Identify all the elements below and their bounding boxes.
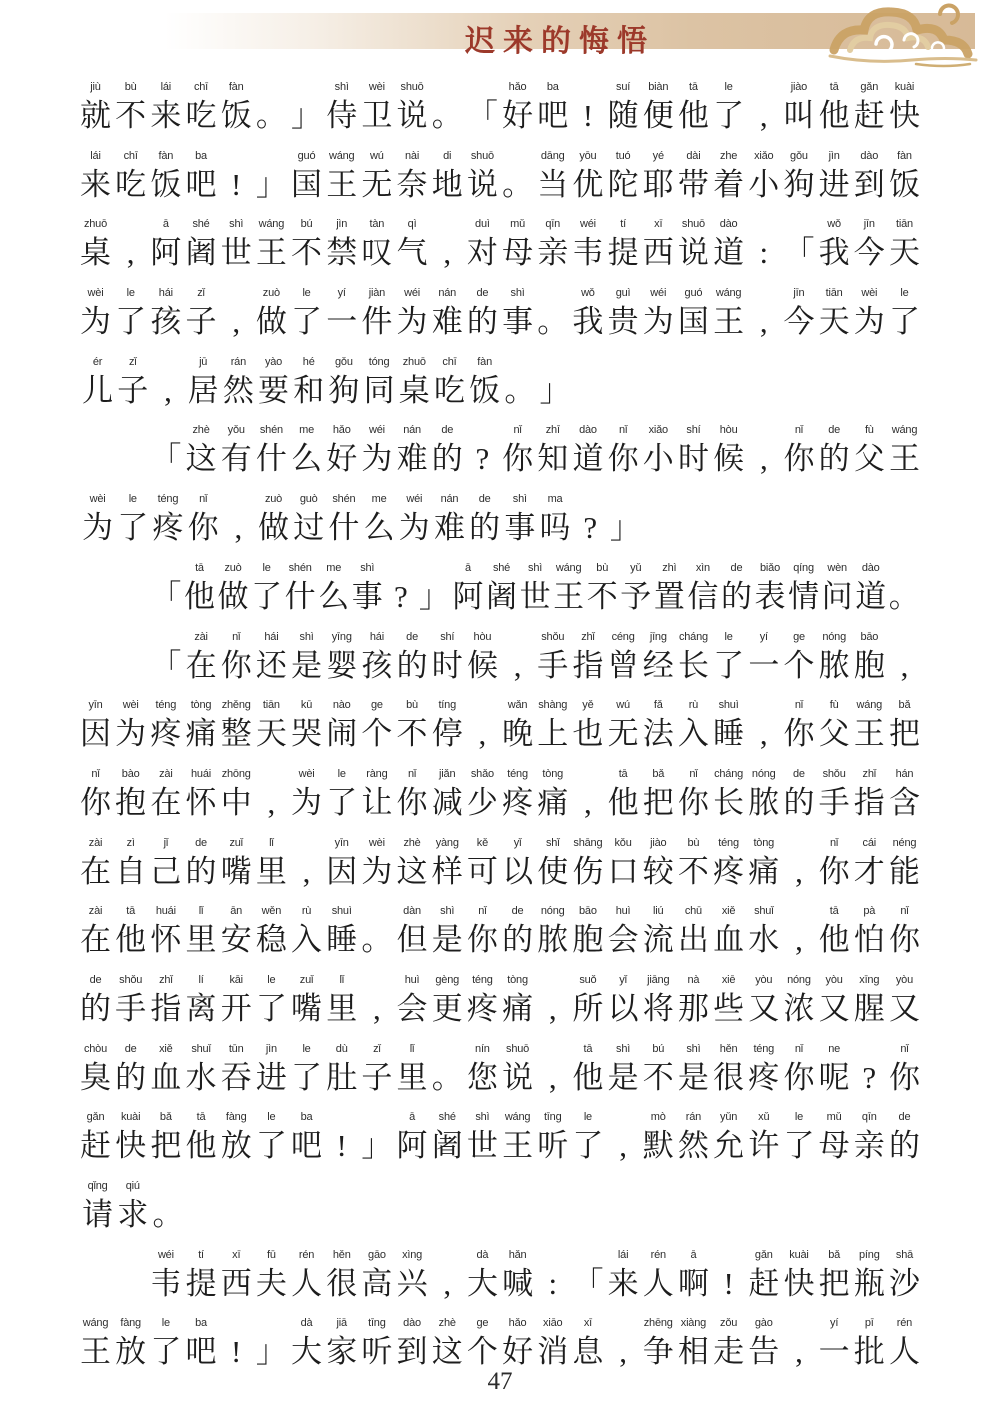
pinyin: shén <box>260 424 283 438</box>
ruby-cell: : <box>748 218 779 276</box>
hanzi: ! <box>231 164 241 208</box>
hanzi: 把 <box>150 1125 181 1169</box>
ruby-cell: nǐ你 <box>783 699 814 757</box>
ruby-cell: bú不 <box>643 1043 674 1101</box>
ruby-cell: qiú求 <box>115 1180 150 1238</box>
ruby-cell: píng瓶 <box>854 1249 885 1307</box>
ruby-cell: zuǐ嘴 <box>221 837 252 895</box>
ruby-cell: ā阿 <box>397 1111 428 1169</box>
pinyin: dào <box>579 424 597 438</box>
pinyin: biǎo <box>760 562 780 576</box>
ruby-cell: 」 <box>419 562 450 620</box>
ruby-cell: suǒ所 <box>572 974 603 1032</box>
ruby-cell: zuò做 <box>256 287 287 345</box>
ruby-cell: me么 <box>318 562 349 620</box>
ruby-cell: kě可 <box>467 837 498 895</box>
hanzi: 沙 <box>889 1263 920 1307</box>
ruby-cell: wéi为 <box>361 424 392 482</box>
ruby-cell: rén人 <box>643 1249 674 1307</box>
ruby-cell: , <box>467 699 498 757</box>
hanzi: 了 <box>291 1057 322 1101</box>
hanzi: 随 <box>608 95 639 139</box>
pinyin: nǐ <box>900 1043 908 1057</box>
ruby-cell: , <box>748 81 779 139</box>
ruby-cell: bù不 <box>397 699 428 757</box>
ruby-cell: le了 <box>115 493 150 551</box>
hanzi: 浓 <box>783 988 814 1032</box>
ruby-cell: shāng伤 <box>572 837 603 895</box>
ruby-cell: 」 <box>537 356 572 414</box>
ruby-cell: zhuō桌 <box>80 218 111 276</box>
hanzi: 怀 <box>150 919 181 963</box>
pinyin: tí <box>198 1249 204 1263</box>
ruby-cell: tiān天 <box>819 287 850 345</box>
ruby-cell: zài在 <box>80 905 111 963</box>
pinyin: rán <box>231 356 246 370</box>
hanzi: 指 <box>572 645 603 689</box>
hanzi: : <box>759 232 768 276</box>
ruby-cell: tóng同 <box>362 356 397 414</box>
hanzi: 时 <box>432 645 463 689</box>
pinyin: wú <box>616 699 630 713</box>
hanzi: 以 <box>502 851 533 895</box>
hanzi: 离 <box>186 988 217 1032</box>
text-line: zhuō桌,ā阿shé阇shì世wáng王bú不jìn禁tàn叹qì气,duì对… <box>80 213 920 282</box>
ruby-cell: qíng情 <box>788 562 819 620</box>
ruby-cell: zhēng争 <box>643 1317 674 1375</box>
hanzi: 的 <box>397 645 428 689</box>
ruby-cell: jiào叫 <box>783 81 814 139</box>
hanzi: 为 <box>399 507 430 551</box>
pinyin: hòu <box>474 631 492 645</box>
ruby-cell: tòng痛 <box>186 699 217 757</box>
pinyin: yí <box>760 631 768 645</box>
ruby-cell: hěn很 <box>713 1043 744 1101</box>
ruby-cell: hòu候 <box>713 424 744 482</box>
pinyin: bú <box>301 218 313 232</box>
ruby-cell: wéi为 <box>397 493 432 551</box>
pinyin: jiàn <box>369 287 385 301</box>
ruby-cell: tūn吞 <box>221 1043 252 1101</box>
hanzi: 天 <box>819 301 850 345</box>
pinyin: suǒ <box>579 974 596 988</box>
pinyin: shuì <box>719 699 739 713</box>
pinyin: tīng <box>544 1111 562 1125</box>
ruby-cell: xìn信 <box>687 562 718 620</box>
ruby-cell: le了 <box>150 1317 181 1375</box>
hanzi: 吃 <box>186 95 217 139</box>
hanzi: 里 <box>397 1057 428 1101</box>
ruby-cell: shǒu手 <box>537 631 568 689</box>
ruby-cell: de的 <box>889 1111 920 1169</box>
hanzi: , <box>443 1263 451 1307</box>
pinyin: hěn <box>720 1043 738 1057</box>
ruby-cell: shuō说 <box>397 81 428 139</box>
pinyin: nán <box>438 287 456 301</box>
pinyin: lǐ <box>339 974 344 988</box>
ruby-cell: jiàn件 <box>361 287 392 345</box>
hanzi: 王 <box>326 164 357 208</box>
ruby-cell: lǐ里 <box>397 1043 428 1101</box>
pinyin: wèi <box>299 768 315 782</box>
hanzi: ! <box>583 95 593 139</box>
ruby-cell: xiē些 <box>713 974 744 1032</box>
hanzi: 事 <box>352 576 383 620</box>
pinyin: qiú <box>126 1180 140 1194</box>
pinyin: rù <box>689 699 698 713</box>
hanzi: 请 <box>82 1194 113 1238</box>
hanzi: 。 <box>152 1194 183 1238</box>
pinyin: zhǐ <box>863 768 876 782</box>
hanzi: 口 <box>608 851 639 895</box>
ruby-cell: dào道 <box>572 424 603 482</box>
hanzi: 伤 <box>572 851 603 895</box>
ruby-cell: zhuō桌 <box>397 356 432 414</box>
hanzi: 疼 <box>748 1057 779 1101</box>
hanzi: 脓 <box>537 919 568 963</box>
hanzi: 了 <box>713 95 744 139</box>
ruby-cell: fū夫 <box>256 1249 287 1307</box>
ruby-cell: téng疼 <box>502 768 533 826</box>
pinyin: dà <box>477 1249 489 1263</box>
pinyin: rén <box>897 1317 912 1331</box>
ruby-cell: de的 <box>115 1043 146 1101</box>
ruby-cell: guó国 <box>678 287 709 345</box>
hanzi: 那 <box>678 988 709 1032</box>
ruby-cell: cái才 <box>854 837 885 895</box>
hanzi: 赶 <box>748 1263 779 1307</box>
pinyin: jiù <box>90 81 100 95</box>
hanzi: 。 <box>432 1057 463 1101</box>
pinyin: nǐ <box>795 424 803 438</box>
ruby-cell: liú流 <box>643 905 674 963</box>
pinyin: dài <box>686 150 700 164</box>
hanzi: 在 <box>186 645 217 689</box>
ruby-cell: lí离 <box>186 974 217 1032</box>
pinyin: bù <box>596 562 608 576</box>
hanzi: 但 <box>397 919 428 963</box>
hanzi: 不 <box>115 95 146 139</box>
pinyin: fū <box>267 1249 276 1263</box>
hanzi: 母 <box>819 1125 850 1169</box>
pinyin: zhōng <box>222 768 251 782</box>
pinyin: jīn <box>864 218 875 232</box>
ruby-cell: tiān天 <box>889 218 920 276</box>
hanzi: 孩 <box>150 301 181 345</box>
hanzi: 他 <box>572 1057 603 1101</box>
pinyin: pà <box>863 905 875 919</box>
ruby-cell: xī息 <box>572 1317 603 1375</box>
pinyin: le <box>129 493 137 507</box>
pinyin: de <box>731 562 743 576</box>
hanzi: 王 <box>889 438 920 482</box>
pinyin: nán <box>403 424 421 438</box>
pinyin: chī <box>442 356 456 370</box>
pinyin: shì <box>686 1043 700 1057</box>
hanzi: 以 <box>608 988 639 1032</box>
hanzi: , <box>760 713 768 757</box>
hanzi: 到 <box>854 164 885 208</box>
pinyin: shā <box>896 1249 913 1263</box>
pinyin: yé <box>653 150 664 164</box>
pinyin: bǎ <box>828 1249 840 1263</box>
ruby-cell: , <box>608 1111 639 1169</box>
hanzi: , <box>795 919 803 963</box>
hanzi: 今 <box>783 301 814 345</box>
ruby-cell: nǐ你 <box>186 493 221 551</box>
pinyin: bù <box>688 837 700 851</box>
pinyin: kě <box>477 837 488 851</box>
pinyin: fàn <box>477 356 492 370</box>
ruby-cell: zài在 <box>150 768 181 826</box>
ruby-cell: : <box>537 1249 568 1307</box>
ruby-cell: wáng王 <box>713 287 744 345</box>
pinyin: xìn <box>696 562 710 576</box>
hanzi: 瓶 <box>854 1263 885 1307</box>
ruby-cell: xiě血 <box>713 905 744 963</box>
hanzi: 嘴 <box>291 988 322 1032</box>
pinyin: tūn <box>229 1043 244 1057</box>
ruby-cell: , <box>432 218 463 276</box>
ruby-cell: nóng脓 <box>748 768 779 826</box>
ruby-cell: wáng王 <box>256 218 287 276</box>
hanzi: 国 <box>291 164 322 208</box>
pinyin: téng <box>158 493 179 507</box>
hanzi: 痛 <box>537 782 568 826</box>
pinyin: wèi <box>861 287 877 301</box>
pinyin: zuǐ <box>300 974 313 988</box>
ruby-cell: jīn今 <box>783 287 814 345</box>
ruby-cell: hǎo好 <box>502 1317 533 1375</box>
ruby-cell: de的 <box>819 424 850 482</box>
hanzi: 啊 <box>678 1263 709 1307</box>
ruby-cell: biàn便 <box>643 81 674 139</box>
ruby-cell: shí时 <box>432 631 463 689</box>
hanzi: 你 <box>783 713 814 757</box>
ruby-cell: shàng上 <box>537 699 568 757</box>
ruby-cell: ! <box>326 1111 357 1169</box>
pinyin: de <box>441 424 453 438</box>
pinyin: lǐ <box>410 1043 415 1057</box>
pinyin: biàn <box>648 81 668 95</box>
ruby-cell: 「 <box>572 1249 603 1307</box>
hanzi: ? <box>862 1057 876 1101</box>
pinyin: de <box>793 768 805 782</box>
ruby-cell: nài奈 <box>397 150 428 208</box>
hanzi: 无 <box>361 164 392 208</box>
ruby-cell: fù父 <box>819 699 850 757</box>
hanzi: 里 <box>186 919 217 963</box>
ruby-cell: néng能 <box>889 837 920 895</box>
ruby-cell: bāo胞 <box>572 905 603 963</box>
hanzi: 狗 <box>328 370 359 414</box>
ruby-cell: ā阿 <box>452 562 483 620</box>
ruby-cell: téng疼 <box>467 974 498 1032</box>
ruby-cell: gāo高 <box>361 1249 392 1307</box>
ruby-cell: huì会 <box>397 974 428 1032</box>
ruby-cell: fàn饭 <box>889 150 920 208</box>
ruby-cell: me么 <box>291 424 322 482</box>
pinyin: tí <box>620 218 626 232</box>
hanzi: 含 <box>889 782 920 826</box>
ruby-cell: yòu又 <box>748 974 779 1032</box>
ruby-cell: téng疼 <box>713 837 744 895</box>
hanzi: 」 <box>610 507 641 551</box>
hanzi: 和 <box>293 370 324 414</box>
pinyin: chū <box>685 905 702 919</box>
pinyin: jiā <box>337 1317 347 1331</box>
hanzi: 王 <box>502 1125 533 1169</box>
hanzi: 你 <box>819 851 850 895</box>
pinyin: chī <box>124 150 138 164</box>
pinyin: yǒu <box>228 424 245 438</box>
pinyin: wú <box>370 150 384 164</box>
ruby-cell: yòu又 <box>819 974 850 1032</box>
ruby-cell: le了 <box>713 81 744 139</box>
ruby-cell: jiù就 <box>80 81 111 139</box>
ruby-cell: zhè这 <box>397 837 428 895</box>
hanzi: 又 <box>889 988 920 1032</box>
pinyin: rán <box>686 1111 701 1125</box>
ruby-cell: gào告 <box>748 1317 779 1375</box>
ruby-cell: zǐ子 <box>361 1043 392 1101</box>
hanzi: 疼 <box>152 507 183 551</box>
pinyin: tóng <box>369 356 390 370</box>
ruby-cell: de的 <box>432 424 463 482</box>
pinyin: nǐ <box>478 905 486 919</box>
ruby-cell: ! <box>572 81 603 139</box>
hanzi: 为 <box>361 851 392 895</box>
text-line: chòu臭de的xiě血shuǐ水tūn吞jìn进le了dù肚zǐ子lǐ里。ní… <box>80 1038 920 1107</box>
hanzi: 饭 <box>221 95 252 139</box>
hanzi: 入 <box>678 713 709 757</box>
hanzi: 手 <box>115 988 146 1032</box>
pinyin: le <box>725 81 733 95</box>
hanzi: 难 <box>397 438 428 482</box>
hanzi: 喊 <box>502 1263 533 1307</box>
ruby-cell: shí时 <box>678 424 709 482</box>
ruby-cell: tòng痛 <box>537 768 568 826</box>
ruby-cell: shén什 <box>326 493 361 551</box>
ruby-cell: nǐ你 <box>678 768 709 826</box>
ruby-cell: rén人 <box>291 1249 322 1307</box>
pinyin: tàn <box>370 218 385 232</box>
hanzi: 个 <box>783 645 814 689</box>
ruby-cell: 。 <box>537 287 568 345</box>
pinyin: yōu <box>579 150 596 164</box>
ruby-cell: 」 <box>256 150 287 208</box>
pinyin: zài <box>159 768 172 782</box>
pinyin: shí <box>440 631 454 645</box>
pinyin: lái <box>618 1249 628 1263</box>
hanzi: 吃 <box>115 164 146 208</box>
ruby-cell: dà大 <box>467 1249 498 1307</box>
ruby-cell: fàn饭 <box>221 81 252 139</box>
pinyin: tíng <box>438 699 456 713</box>
hanzi: 阿 <box>397 1125 428 1169</box>
ruby-cell: téng疼 <box>150 699 181 757</box>
pinyin: néng <box>893 837 917 851</box>
ruby-cell: , <box>361 974 392 1032</box>
ruby-cell: nǐ你 <box>819 837 850 895</box>
hanzi: 你 <box>502 438 533 482</box>
pinyin: le <box>338 768 346 782</box>
pinyin: zǐ <box>129 356 137 370</box>
ruby-cell: hái孩 <box>150 287 181 345</box>
hanzi: 「 <box>467 95 498 139</box>
pinyin: zhěng <box>222 699 251 713</box>
pinyin: shén <box>332 493 355 507</box>
ruby-cell: lái来 <box>150 81 181 139</box>
hanzi: ? <box>583 507 597 551</box>
hanzi: 阇 <box>432 1125 463 1169</box>
hanzi: 了 <box>251 576 282 620</box>
ruby-cell: xī西 <box>221 1249 252 1307</box>
page-title: 迟来的悔悟 <box>0 16 810 60</box>
ruby-cell: huái怀 <box>186 768 217 826</box>
ruby-cell: bù不 <box>587 562 618 620</box>
ruby-cell: ? <box>573 493 608 551</box>
pinyin: dào <box>403 1317 421 1331</box>
pinyin: zhǐ <box>159 974 172 988</box>
pinyin: tā <box>197 1111 206 1125</box>
ruby-cell: jìn禁 <box>326 218 357 276</box>
ruby-cell: wéi韦 <box>150 1249 181 1307</box>
hanzi: 入 <box>291 919 322 963</box>
hanzi: 了 <box>572 1125 603 1169</box>
pinyin: hǎn <box>509 1249 527 1263</box>
ruby-cell: le了 <box>251 562 282 620</box>
hanzi: 亲 <box>854 1125 885 1169</box>
pinyin: tòng <box>753 837 774 851</box>
ruby-cell: 。 <box>361 905 392 963</box>
ruby-cell: ā阿 <box>150 218 181 276</box>
hanzi: 什 <box>328 507 359 551</box>
ruby-cell: ? <box>385 562 416 620</box>
pinyin: wéi <box>158 1249 174 1263</box>
hanzi: 了 <box>291 301 322 345</box>
ruby-cell: , <box>608 1317 639 1375</box>
ruby-cell: shì是 <box>678 1043 709 1101</box>
pinyin: me <box>326 562 341 576</box>
hanzi: 了 <box>256 1125 287 1169</box>
pinyin: yǐ <box>619 974 627 988</box>
pinyin: kāi <box>229 974 242 988</box>
pinyin: zǒu <box>720 1317 737 1331</box>
ruby-cell: nín您 <box>467 1043 498 1101</box>
pinyin: yàng <box>436 837 459 851</box>
pinyin: yòu <box>755 974 772 988</box>
ruby-cell: kuài快 <box>783 1249 814 1307</box>
ruby-cell: wèi为 <box>854 287 885 345</box>
ruby-cell: zhī知 <box>537 424 568 482</box>
ruby-cell: hòu候 <box>467 631 498 689</box>
hanzi: 「 <box>150 438 181 482</box>
ruby-cell: jū居 <box>186 356 221 414</box>
ruby-cell: zuò做 <box>218 562 249 620</box>
pinyin: zhè <box>403 837 420 851</box>
pinyin: ge <box>793 631 805 645</box>
pinyin: ge <box>476 1317 488 1331</box>
ruby-cell: zuǐ嘴 <box>291 974 322 1032</box>
pinyin: lǐ <box>269 837 274 851</box>
pinyin: céng <box>612 631 635 645</box>
hanzi: 闹 <box>326 713 357 757</box>
pinyin: fàn <box>229 81 244 95</box>
pinyin: ā <box>691 1249 697 1263</box>
pinyin: le <box>267 974 275 988</box>
pinyin: nán <box>441 493 459 507</box>
